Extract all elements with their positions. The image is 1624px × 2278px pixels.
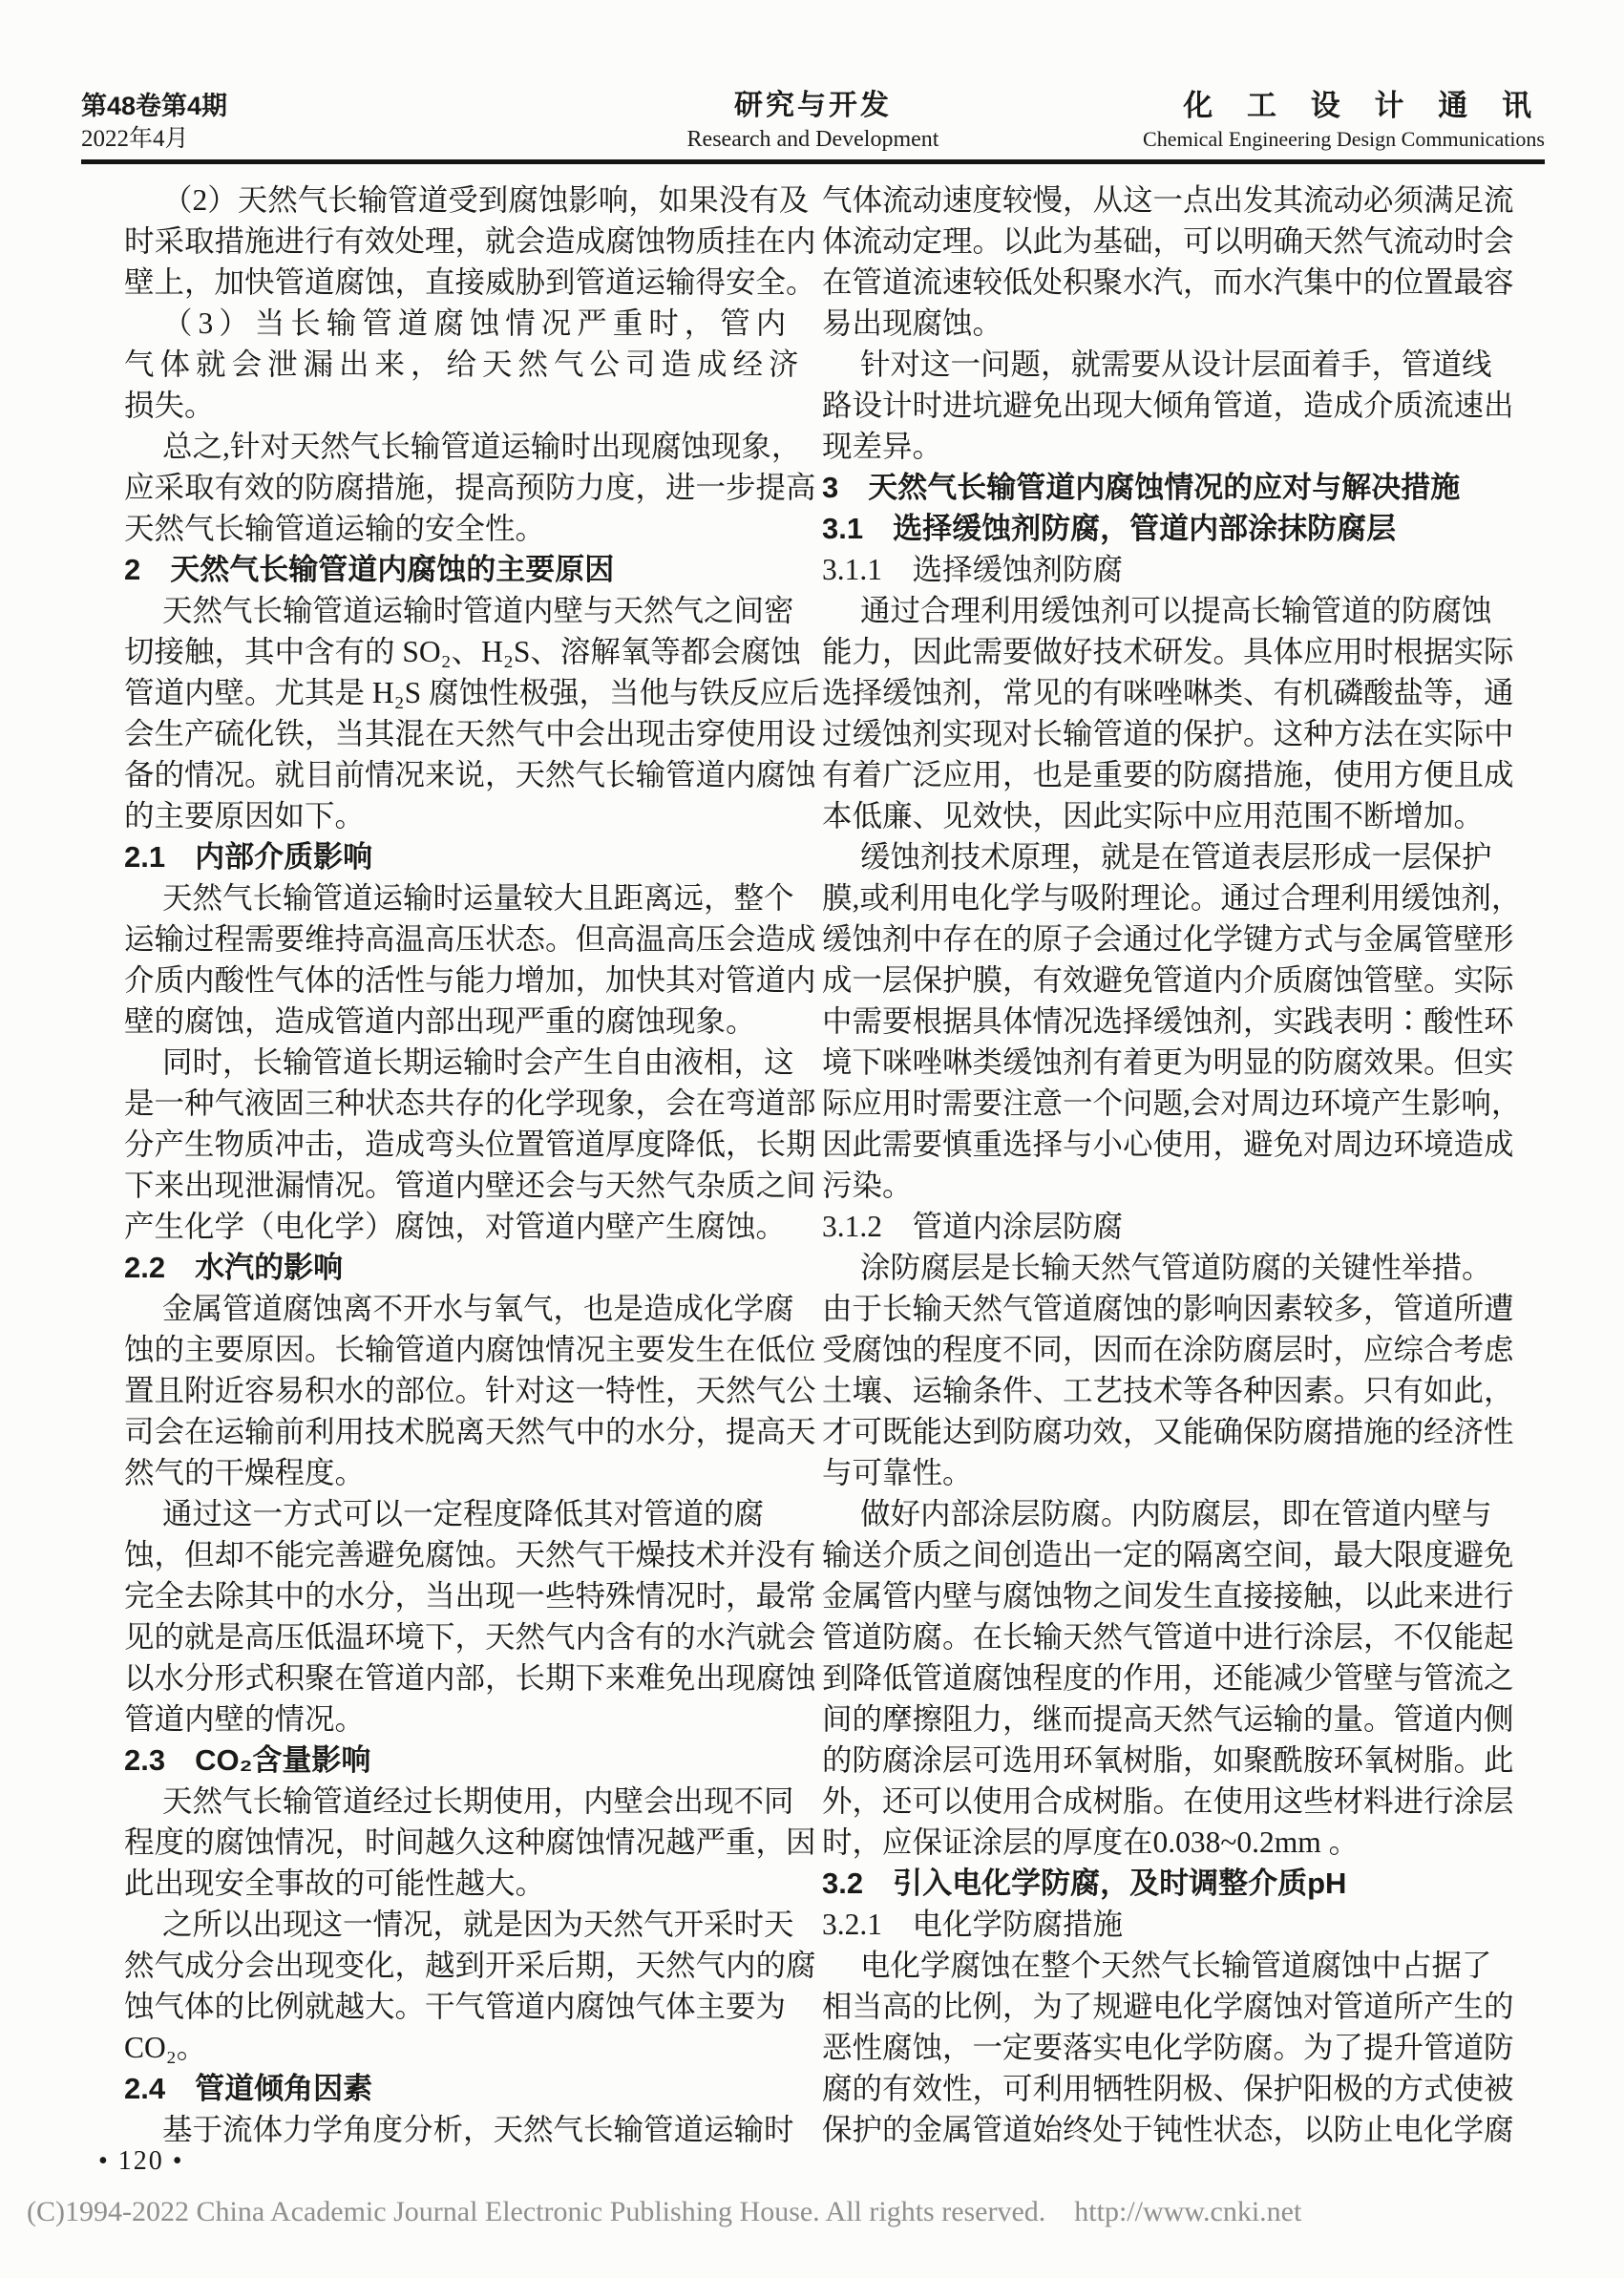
- text-line: 由于长输天然气管道腐蚀的影响因素较多，管道所遭: [822, 1288, 1542, 1329]
- text-line: 3.1.2 管道内涂层防腐: [822, 1206, 1542, 1247]
- text-line: 是一种气液固三种状态共存的化学现象，会在弯道部: [124, 1083, 808, 1124]
- copyright-notice: (C)1994-2022 China Academic Journal Elec…: [27, 2196, 1516, 2228]
- text-line: 因此需要慎重选择与小心使用，避免对周边环境造成: [822, 1124, 1542, 1165]
- text-line: 3.1.1 选择缓蚀剂防腐: [822, 549, 1542, 590]
- text-line: 金属管道腐蚀离不开水与氧气，也是造成化学腐: [124, 1288, 808, 1329]
- section-heading: 3 天然气长输管道内腐蚀情况的应对与解决措施: [822, 467, 1542, 508]
- section-heading: 3.1 选择缓蚀剂防腐，管道内部涂抹防腐层: [822, 508, 1542, 549]
- text-line: 到降低管道腐蚀程度的作用，还能减少管壁与管流之: [822, 1657, 1542, 1698]
- text-line: （3）当长输管道腐蚀情况严重时，管内: [124, 303, 808, 344]
- section-heading: 2.3 CO₂含量影响: [124, 1740, 808, 1781]
- text-line: 的防腐涂层可选用环氧树脂，如聚酰胺环氧树脂。此: [822, 1740, 1542, 1781]
- text-line: 受腐蚀的程度不同，因而在涂防腐层时，应综合考虑: [822, 1329, 1542, 1370]
- text-line: 在管道流速较低处积聚水汽，而水汽集中的位置最容: [822, 262, 1542, 303]
- text-line: 做好内部涂层防腐。内防腐层，即在管道内壁与: [822, 1493, 1542, 1534]
- left-text-column: （2）天然气长输管道受到腐蚀影响，如果没有及时采取措施进行有效处理，就会造成腐蚀…: [124, 179, 808, 2150]
- text-line: 应采取有效的防腐措施，提高预防力度，进一步提高: [124, 467, 808, 508]
- text-line: 此出现安全事故的可能性越大。: [124, 1863, 808, 1904]
- text-line: 壁上，加快管道腐蚀，直接威胁到管道运输得安全。: [124, 262, 808, 303]
- text-line: 气体就会泄漏出来，给天然气公司造成经济: [124, 344, 808, 385]
- text-line: 然气的干燥程度。: [124, 1452, 808, 1493]
- text-line: 间的摩擦阻力，继而提高天然气运输的量。管道内侧: [822, 1698, 1542, 1740]
- text-line: 切接触，其中含有的 SO₂、H₂S、溶解氧等都会腐蚀: [124, 631, 808, 672]
- text-line: 有着广泛应用，也是重要的防腐措施，使用方便且成: [822, 754, 1542, 795]
- text-line: 与可靠性。: [822, 1452, 1542, 1493]
- text-line: 分产生物质冲击，造成弯头位置管道厚度降低，长期: [124, 1124, 808, 1165]
- text-line: 易出现腐蚀。: [822, 303, 1542, 344]
- text-line: 外，还可以使用合成树脂。在使用这些材料进行涂层: [822, 1781, 1542, 1822]
- text-line: 际应用时需要注意一个问题,会对周边环境产生影响，: [822, 1083, 1542, 1124]
- section-heading: 2 天然气长输管道内腐蚀的主要原因: [124, 549, 808, 590]
- header-divider: [81, 159, 1545, 164]
- text-line: 电化学腐蚀在整个天然气长输管道腐蚀中占据了: [822, 1945, 1542, 1986]
- text-line: （2）天然气长输管道受到腐蚀影响，如果没有及: [124, 179, 808, 221]
- journal-title: 化 工 设 计 通 讯 Chemical Engineering Design …: [1143, 90, 1545, 157]
- text-line: 缓蚀剂中存在的原子会通过化学键方式与金属管壁形: [822, 918, 1542, 960]
- text-line: 蚀的主要原因。长输管道内腐蚀情况主要发生在低位: [124, 1329, 808, 1370]
- text-line: 天然气长输管道运输的安全性。: [124, 508, 808, 549]
- text-line: 涂防腐层是长输天然气管道防腐的关键性举措。: [822, 1247, 1542, 1288]
- journal-title-en: Chemical Engineering Design Communicatio…: [1143, 122, 1545, 157]
- text-line: 才可既能达到防腐功效，又能确保防腐措施的经济性: [822, 1411, 1542, 1452]
- text-line: 天然气长输管道经过长期使用，内壁会出现不同: [124, 1781, 808, 1822]
- text-line: 程度的腐蚀情况，时间越久这种腐蚀情况越严重，因: [124, 1822, 808, 1863]
- page-header: 第48卷第4期 2022年4月 研究与开发 Research and Devel…: [81, 90, 1545, 158]
- text-line: 缓蚀剂技术原理，就是在管道表层形成一层保护: [822, 836, 1542, 877]
- text-line: 产生化学（电化学）腐蚀，对管道内壁产生腐蚀。: [124, 1206, 808, 1247]
- text-line: 保护的金属管道始终处于钝性状态，以防止电化学腐: [822, 2109, 1542, 2150]
- text-line: 针对这一问题，就需要从设计层面着手，管道线: [822, 344, 1542, 385]
- text-line: 下来出现泄漏情况。管道内壁还会与天然气杂质之间: [124, 1165, 808, 1206]
- text-line: 通过合理利用缓蚀剂可以提高长输管道的防腐蚀: [822, 590, 1542, 631]
- text-line: 污染。: [822, 1165, 1542, 1206]
- text-line: 司会在运输前利用技术脱离天然气中的水分，提高天: [124, 1411, 808, 1452]
- text-line: 管道防腐。在长输天然气管道中进行涂层，不仅能起: [822, 1616, 1542, 1657]
- text-line: 恶性腐蚀，一定要落实电化学防腐。为了提升管道防: [822, 2027, 1542, 2068]
- text-line: 蚀，但却不能完善避免腐蚀。天然气干燥技术并没有: [124, 1534, 808, 1575]
- text-line: 完全去除其中的水分，当出现一些特殊情况时，最常: [124, 1575, 808, 1616]
- text-line: 3.2.1 电化学防腐措施: [822, 1904, 1542, 1945]
- text-line: 土壤、运输条件、工艺技术等各种因素。只有如此，: [822, 1370, 1542, 1411]
- text-line: 膜,或利用电化学与吸附理论。通过合理利用缓蚀剂，: [822, 877, 1542, 918]
- text-line: 介质内酸性气体的活性与能力增加，加快其对管道内: [124, 960, 808, 1001]
- text-line: 以水分形式积聚在管道内部，长期下来难免出现腐蚀: [124, 1657, 808, 1698]
- text-line: CO₂。: [124, 2027, 808, 2068]
- section-heading: 2.4 管道倾角因素: [124, 2068, 808, 2109]
- right-text-column: 气体流动速度较慢，从这一点出发其流动必须满足流体流动定理。以此为基础，可以明确天…: [822, 179, 1542, 2150]
- text-line: 天然气长输管道运输时管道内壁与天然气之间密: [124, 590, 808, 631]
- text-line: 体流动定理。以此为基础，可以明确天然气流动时会: [822, 221, 1542, 262]
- text-line: 中需要根据具体情况选择缓蚀剂，实践表明∶酸性环: [822, 1001, 1542, 1042]
- section-heading: 2.2 水汽的影响: [124, 1247, 808, 1288]
- text-line: 会生产硫化铁，当其混在天然气中会出现击穿使用设: [124, 713, 808, 754]
- text-line: 选择缓蚀剂，常见的有咪唑啉类、有机磷酸盐等，通: [822, 672, 1542, 713]
- text-line: 境下咪唑啉类缓蚀剂有着更为明显的防腐效果。但实: [822, 1042, 1542, 1083]
- text-line: 备的情况。就目前情况来说，天然气长输管道内腐蚀: [124, 754, 808, 795]
- text-line: 壁的腐蚀，造成管道内部出现严重的腐蚀现象。: [124, 1001, 808, 1042]
- text-line: 相当高的比例，为了规避电化学腐蚀对管道所产生的: [822, 1986, 1542, 2027]
- text-line: 成一层保护膜，有效避免管道内介质腐蚀管壁。实际: [822, 960, 1542, 1001]
- text-line: 气体流动速度较慢，从这一点出发其流动必须满足流: [822, 179, 1542, 221]
- text-line: 总之,针对天然气长输管道运输时出现腐蚀现象，: [124, 426, 808, 467]
- text-line: 同时，长输管道长期运输时会产生自由液相，这: [124, 1042, 808, 1083]
- text-line: 能力，因此需要做好技术研发。具体应用时根据实际: [822, 631, 1542, 672]
- text-line: 损失。: [124, 385, 808, 426]
- text-line: 之所以出现这一情况，就是因为天然气开采时天: [124, 1904, 808, 1945]
- text-line: 金属管内壁与腐蚀物之间发生直接接触，以此来进行: [822, 1575, 1542, 1616]
- text-line: 蚀气体的比例就越大。干气管道内腐蚀气体主要为: [124, 1986, 808, 2027]
- page-number: • 120 •: [98, 2146, 184, 2177]
- text-line: 的主要原因如下。: [124, 795, 808, 836]
- text-line: 腐的有效性，可利用牺牲阴极、保护阳极的方式使被: [822, 2068, 1542, 2109]
- text-line: 输送介质之间创造出一定的隔离空间，最大限度避免: [822, 1534, 1542, 1575]
- text-line: 时采取措施进行有效处理，就会造成腐蚀物质挂在内: [124, 221, 808, 262]
- text-line: 本低廉、见效快，因此实际中应用范围不断增加。: [822, 795, 1542, 836]
- text-line: 通过这一方式可以一定程度降低其对管道的腐: [124, 1493, 808, 1534]
- text-line: 天然气长输管道运输时运量较大且距离远，整个: [124, 877, 808, 918]
- section-heading: 3.2 引入电化学防腐，及时调整介质pH: [822, 1863, 1542, 1904]
- text-line: 路设计时进坑避免出现大倾角管道，造成介质流速出: [822, 385, 1542, 426]
- text-line: 基于流体力学角度分析，天然气长输管道运输时: [124, 2109, 808, 2150]
- text-line: 管道内壁。尤其是 H₂S 腐蚀性极强，当他与铁反应后: [124, 672, 808, 713]
- text-line: 见的就是高压低温环境下，天然气内含有的水汽就会: [124, 1616, 808, 1657]
- text-line: 时，应保证涂层的厚度在0.038~0.2mm 。: [822, 1822, 1542, 1863]
- journal-page: 第48卷第4期 2022年4月 研究与开发 Research and Devel…: [0, 0, 1624, 2278]
- text-line: 运输过程需要维持高温高压状态。但高温高压会造成: [124, 918, 808, 960]
- journal-title-cn: 化 工 设 计 通 讯: [1143, 90, 1545, 122]
- text-line: 管道内壁的情况。: [124, 1698, 808, 1740]
- section-heading: 2.1 内部介质影响: [124, 836, 808, 877]
- text-line: 然气成分会出现变化，越到开采后期，天然气内的腐: [124, 1945, 808, 1986]
- text-line: 现差异。: [822, 426, 1542, 467]
- text-line: 过缓蚀剂实现对长输管道的保护。这种方法在实际中: [822, 713, 1542, 754]
- text-line: 置且附近容易积水的部位。针对这一特性，天然气公: [124, 1370, 808, 1411]
